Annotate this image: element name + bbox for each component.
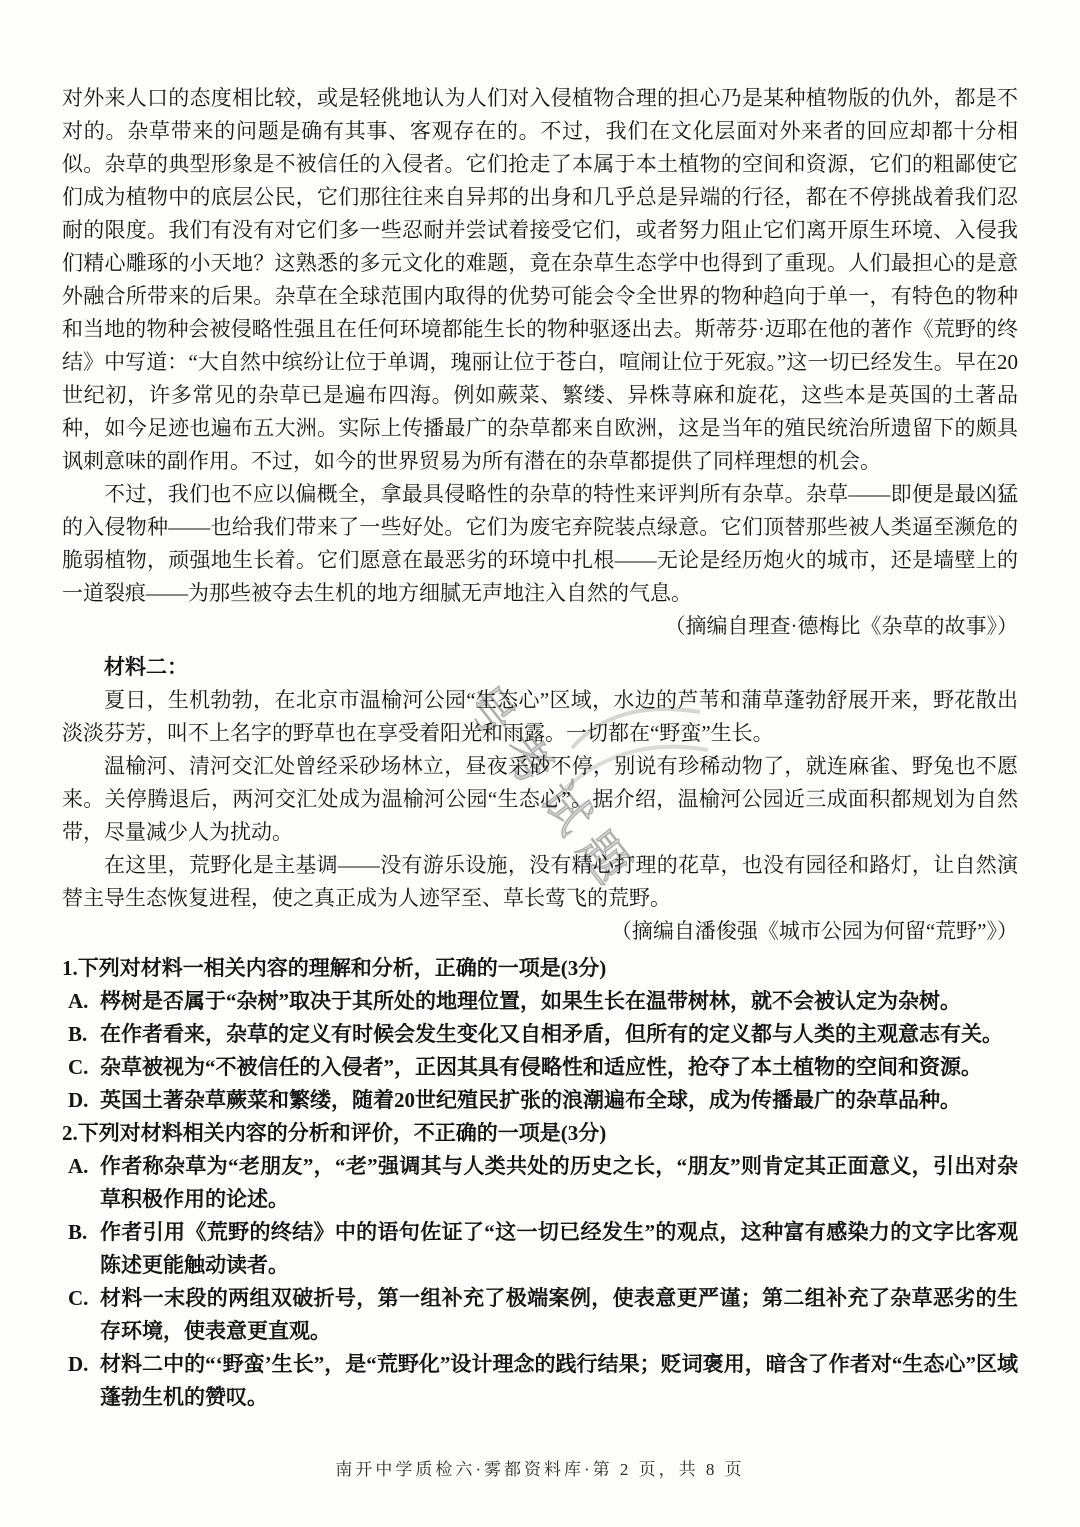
question-2-option-b: B. 作者引用《荒野的终结》中的语句佐证了“这一切已经发生”的观点，这种富有感染… bbox=[62, 1216, 1018, 1282]
question-2-option-c: C. 材料一末段的两组双破折号，第一组补充了极端案例，使表意更严谨；第二组补充了… bbox=[62, 1282, 1018, 1348]
question-1-option-c: C. 杂草被视为“不被信任的入侵者”，正因其具有侵略性和适应性，抢夺了本土植物的… bbox=[62, 1051, 1018, 1084]
question-2-number: 2. bbox=[62, 1121, 78, 1145]
option-a-text: 梣树是否属于“杂树”取决于其所处的地理位置，如果生长在温带树林，就不会被认定为杂… bbox=[100, 985, 1018, 1018]
question-1-stem-text: 下列对材料一相关内容的理解和分析，正确的一项是(3分) bbox=[78, 956, 606, 980]
question-2-option-a: A. 作者称杂草为“老朋友”，“老”强调其与人类共处的历史之长，“朋友”则肯定其… bbox=[62, 1150, 1018, 1216]
question-2-stem-text: 下列对材料相关内容的分析和评价，不正确的一项是(3分) bbox=[78, 1121, 606, 1145]
option-c-label: C. bbox=[62, 1282, 100, 1348]
question-1-option-d: D. 英国土著杂草蕨菜和繁缕，随着20世纪殖民扩张的浪潮遍布全球，成为传播最广的… bbox=[62, 1084, 1018, 1117]
question-2-option-d: D. 材料二中的“‘野蛮’生长”，是“荒野化”设计理念的践行结果；贬词褒用，暗含… bbox=[62, 1348, 1018, 1414]
option-b-label: B. bbox=[62, 1018, 100, 1051]
option-a-label: A. bbox=[62, 985, 100, 1018]
option-d-label: D. bbox=[62, 1348, 100, 1414]
option-c-text: 材料一末段的两组双破折号，第一组补充了极端案例，使表意更严谨；第二组补充了杂草恶… bbox=[100, 1282, 1018, 1348]
option-c-text: 杂草被视为“不被信任的入侵者”，正因其具有侵略性和适应性，抢夺了本土植物的空间和… bbox=[100, 1051, 1018, 1084]
option-c-label: C. bbox=[62, 1051, 100, 1084]
question-1-option-a: A. 梣树是否属于“杂树”取决于其所处的地理位置，如果生长在温带树林，就不会被认… bbox=[62, 985, 1018, 1018]
material-one-attribution: （摘编自理查·德梅比《杂草的故事》） bbox=[62, 610, 1018, 643]
option-b-text: 作者引用《荒野的终结》中的语句佐证了“这一切已经发生”的观点，这种富有感染力的文… bbox=[100, 1216, 1018, 1282]
option-b-text: 在作者看来，杂草的定义有时候会发生变化又自相矛盾，但所有的定义都与人类的主观意志… bbox=[100, 1018, 1018, 1051]
question-1: 1.下列对材料一相关内容的理解和分析，正确的一项是(3分) A. 梣树是否属于“… bbox=[62, 952, 1018, 1117]
question-2: 2.下列对材料相关内容的分析和评价，不正确的一项是(3分) A. 作者称杂草为“… bbox=[62, 1117, 1018, 1414]
question-2-stem: 2.下列对材料相关内容的分析和评价，不正确的一项是(3分) bbox=[62, 1117, 1018, 1150]
option-a-text: 作者称杂草为“老朋友”，“老”强调其与人类共处的历史之长，“朋友”则肯定其正面意… bbox=[100, 1150, 1018, 1216]
material-one-paragraph-continuation: 对外来人口的态度相比较，或是轻佻地认为人们对入侵植物合理的担心乃是某种植物版的仇… bbox=[62, 82, 1018, 478]
material-two-paragraph-2: 温榆河、清河交汇处曾经采砂场林立，昼夜采砂不停，别说有珍稀动物了，就连麻雀、野兔… bbox=[62, 750, 1018, 849]
material-two-attribution: （摘编自潘俊强《城市公园为何留“荒野”》） bbox=[62, 915, 1018, 948]
material-two-heading: 材料二： bbox=[62, 651, 1018, 684]
option-a-label: A. bbox=[62, 1150, 100, 1216]
page-content: 对外来人口的态度相比较，或是轻佻地认为人们对入侵植物合理的担心乃是某种植物版的仇… bbox=[62, 82, 1018, 1414]
questions-section: 1.下列对材料一相关内容的理解和分析，正确的一项是(3分) A. 梣树是否属于“… bbox=[62, 952, 1018, 1414]
question-1-stem: 1.下列对材料一相关内容的理解和分析，正确的一项是(3分) bbox=[62, 952, 1018, 985]
page-footer: 南开中学质检六·雾都资料库·第 2 页，共 8 页 bbox=[0, 1455, 1080, 1480]
material-two-paragraph-1: 夏日，生机勃勃，在北京市温榆河公园“生态心”区域，水边的芦苇和蒲草蓬勃舒展开来，… bbox=[62, 684, 1018, 750]
option-b-label: B. bbox=[62, 1216, 100, 1282]
question-1-option-b: B. 在作者看来，杂草的定义有时候会发生变化又自相矛盾，但所有的定义都与人类的主… bbox=[62, 1018, 1018, 1051]
option-d-text: 英国土著杂草蕨菜和繁缕，随着20世纪殖民扩张的浪潮遍布全球，成为传播最广的杂草品… bbox=[100, 1084, 1018, 1117]
exam-paper-page: 号考试题 对外来人口的态度相比较，或是轻佻地认为人们对入侵植物合理的担心乃是某种… bbox=[0, 0, 1080, 1527]
question-1-number: 1. bbox=[62, 956, 78, 980]
option-d-text: 材料二中的“‘野蛮’生长”，是“荒野化”设计理念的践行结果；贬词褒用，暗含了作者… bbox=[100, 1348, 1018, 1414]
material-two-paragraph-3: 在这里，荒野化是主基调——没有游乐设施，没有精心打理的花草，也没有园径和路灯，让… bbox=[62, 849, 1018, 915]
material-one-paragraph-2: 不过，我们也不应以偏概全，拿最具侵略性的杂草的特性来评判所有杂草。杂草——即便是… bbox=[62, 478, 1018, 610]
option-d-label: D. bbox=[62, 1084, 100, 1117]
